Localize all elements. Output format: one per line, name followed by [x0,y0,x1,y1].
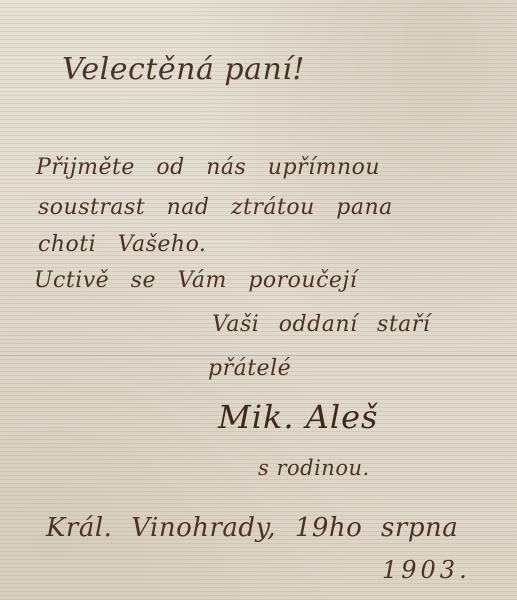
salutation: Velectěná paní! [62,52,305,87]
date-year: 1903. [382,556,471,584]
place-date: Král. Vinohrady, 19ho srpna [46,513,458,543]
body-line-3: choti Vašeho. [38,232,206,257]
closing-line-1: Vaši oddaní staří [212,312,430,337]
body-line-4: Uctivě se Vám poroučejí [34,268,357,293]
body-line-2: soustrast nad ztrátou pana [38,195,393,220]
body-line-1: Přijměte od nás upřímnou [36,155,380,180]
letter-page: Velectěná paní! Přijměte od nás upřímnou… [0,0,517,600]
signature: Mik. Aleš [218,398,378,436]
signature-note: s rodinou. [258,456,370,480]
closing-line-2: přátelé [208,356,291,381]
